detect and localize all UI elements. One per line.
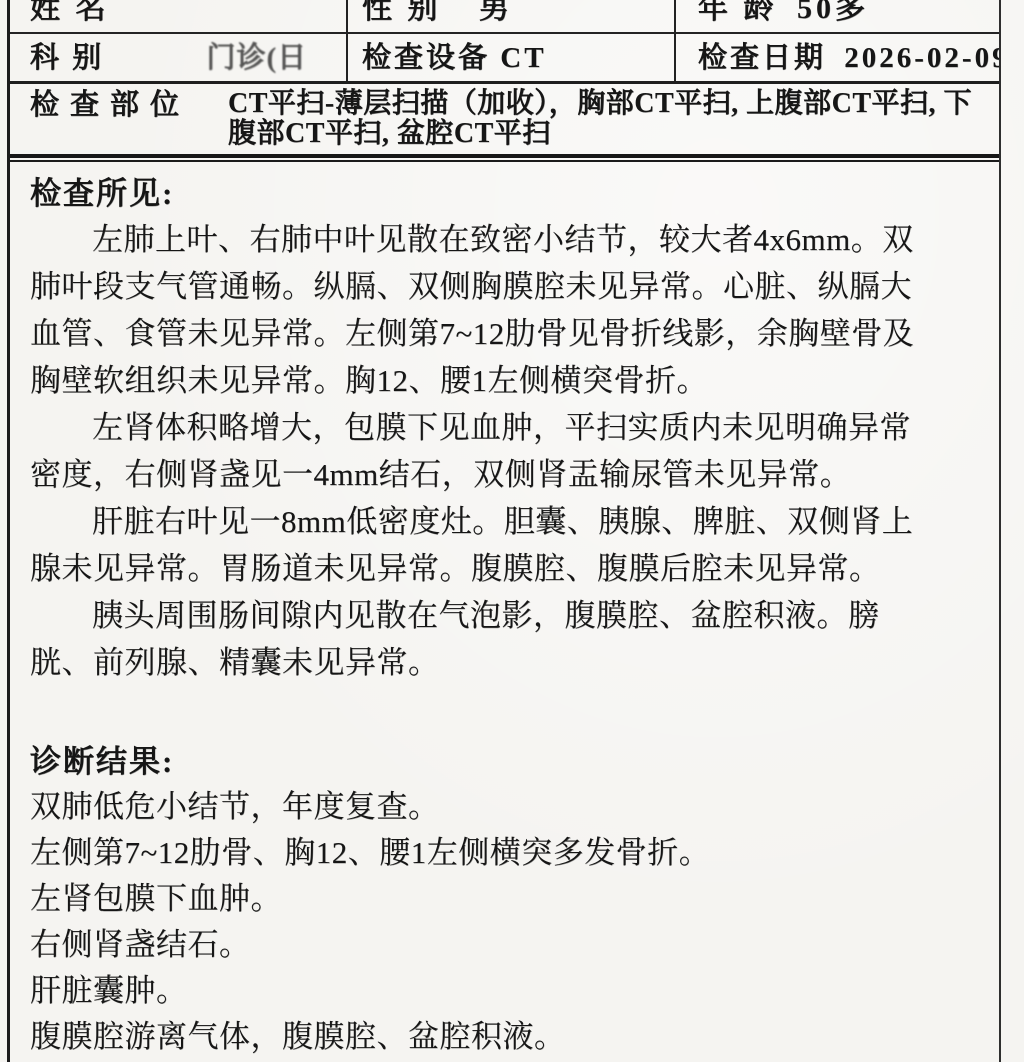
scanned-report-page: 姓 名 性 别 男 年 龄 50多 科 别 门诊(日 <box>0 0 1024 1062</box>
exam-site-value: CT平扫-薄层扫描（加收），胸部CT平扫, 上腹部CT平扫, 下腹部CT平扫, … <box>228 89 993 149</box>
diagnosis-section: 诊断结果: 双肺低危小结节，年度复查。 左侧第7~12肋骨、胸12、腰1左侧横突… <box>30 740 975 1060</box>
device-label: 检查设备 <box>362 42 490 74</box>
diagnosis-item: 双肺低危小结节，年度复查。 <box>30 784 938 830</box>
findings-paragraph: 肝脏右叶见一8mm低密度灶。胆囊、胰腺、脾脏、双侧肾上腺未见异常。胃肠道未见异常… <box>30 498 938 592</box>
patient-name-label: 姓 名 <box>30 0 110 25</box>
device-value: CT <box>500 42 546 74</box>
header-row-patient: 姓 名 性 别 男 年 龄 50多 <box>10 0 999 34</box>
diagnosis-item: 左侧第7~12肋骨、胸12、腰1左侧横突多发骨折。 <box>30 830 938 876</box>
diagnosis-item: 肝脏囊肿。 <box>30 968 938 1014</box>
diagnosis-title: 诊断结果: <box>30 740 975 784</box>
age-value: 50多 <box>797 0 869 25</box>
age-cell: 年 龄 50多 <box>674 0 999 32</box>
gender-cell: 性 别 男 <box>346 0 674 32</box>
department-value: 门诊(日 <box>207 42 308 74</box>
patient-name-cell: 姓 名 <box>10 0 346 32</box>
findings-title: 检查所见: <box>30 172 975 216</box>
diagnosis-item: 腹膜腔游离气体，腹膜腔、盆腔积液。 <box>30 1014 938 1060</box>
exam-date-cell: 检查日期 2026-02-09 <box>674 34 999 81</box>
age-label: 年 龄 <box>698 0 778 25</box>
findings-paragraph: 左肺上叶、右肺中叶见散在致密小结节，较大者4x6mm。双肺叶段支气管通畅。纵膈、… <box>30 216 938 404</box>
gender-label: 性 别 <box>362 0 442 25</box>
diagnosis-item: 左肾包膜下血肿。 <box>30 876 938 922</box>
device-cell: 检查设备 CT <box>346 34 674 81</box>
exam-date-label: 检查日期 <box>698 42 826 74</box>
exam-date-value: 2026-02-09 <box>844 42 999 74</box>
gender-value: 男 <box>479 0 513 25</box>
exam-site-label: 检查部位 <box>30 89 228 121</box>
exam-site-row: 检查部位 CT平扫-薄层扫描（加收），胸部CT平扫, 上腹部CT平扫, 下腹部C… <box>10 84 999 158</box>
report-sheet: 姓 名 性 别 男 年 龄 50多 科 别 门诊(日 <box>7 0 1001 1062</box>
diagnosis-item: 右侧肾盏结石。 <box>30 922 938 968</box>
department-cell: 科 别 门诊(日 <box>10 34 346 81</box>
header-row-exam: 科 别 门诊(日 检查设备 CT 检查日期 2026-02-09 <box>10 34 999 84</box>
report-body: 检查所见: 左肺上叶、右肺中叶见散在致密小结节，较大者4x6mm。双肺叶段支气管… <box>10 162 999 1060</box>
department-label: 科 别 <box>30 42 104 74</box>
findings-paragraph: 左肾体积略增大，包膜下见血肿，平扫实质内未见明确异常密度，右侧肾盏见一4mm结石… <box>30 404 938 498</box>
findings-paragraph: 胰头周围肠间隙内见散在气泡影，腹膜腔、盆腔积液。膀胱、前列腺、精囊未见异常。 <box>30 592 938 686</box>
